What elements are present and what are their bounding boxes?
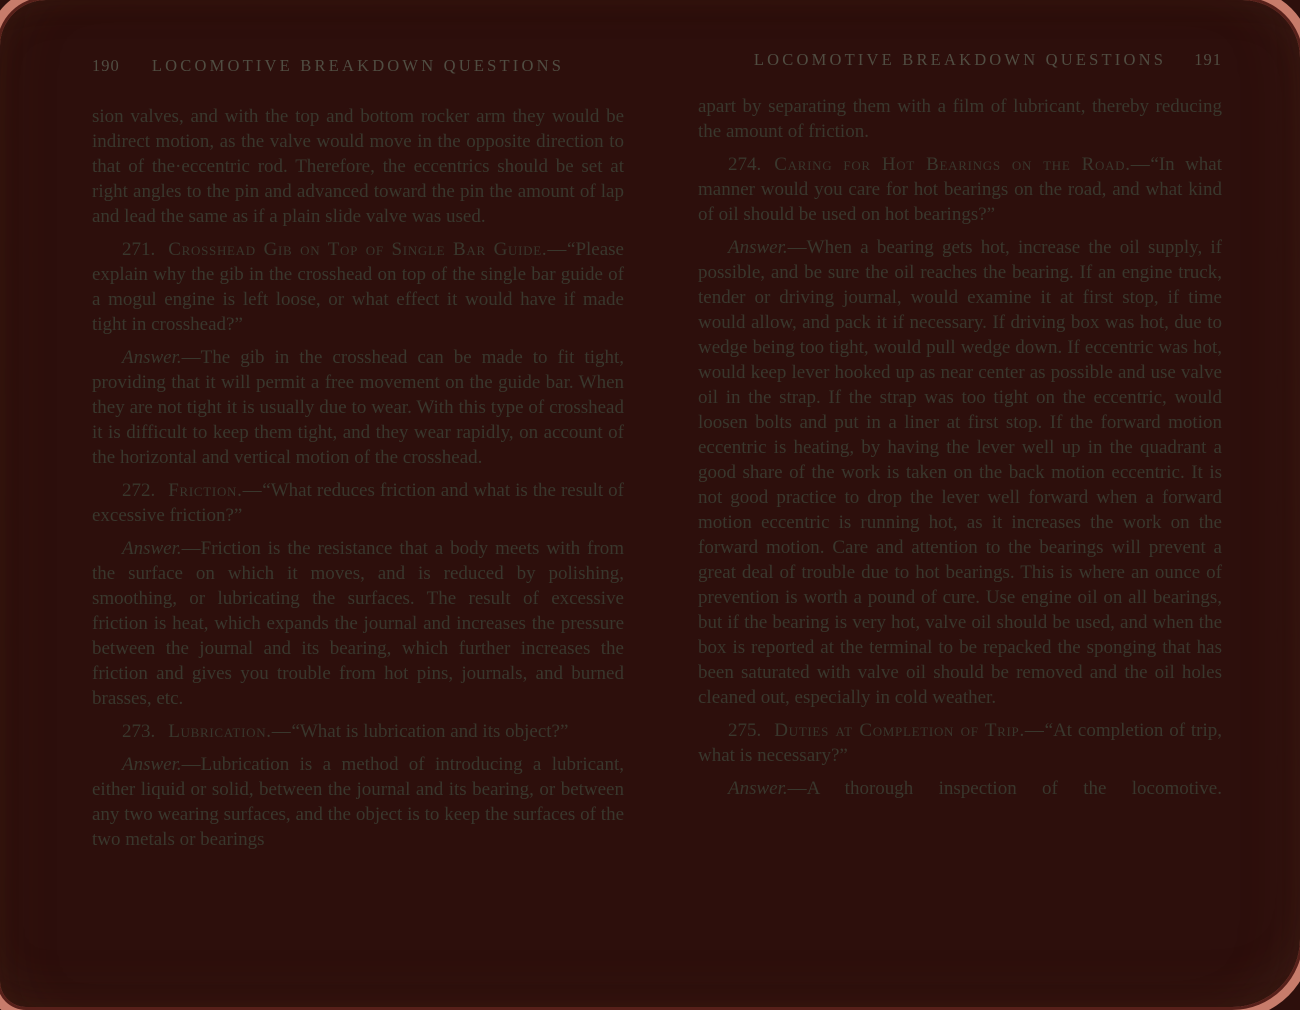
answer-275-text: —A thorough inspection of the locomotive… [788, 778, 1222, 799]
answer-273-label: Answer. [122, 754, 182, 775]
question-272-title: Friction.— [168, 480, 262, 501]
answer-272-label: Answer. [122, 538, 182, 559]
right-continuation-paragraph: apart by separating them with a film of … [698, 94, 1222, 144]
question-274-number: 274. [728, 154, 761, 175]
question-275-title: Duties at Completion of Trip.— [774, 720, 1044, 741]
left-running-title: LOCOMOTIVE BREAKDOWN QUESTIONS [92, 56, 624, 76]
right-page-number: 191 [1194, 50, 1222, 70]
answer-273: Answer.—Lubrication is a method of intro… [92, 752, 624, 852]
question-272: 272.Friction.—“What reduces friction and… [92, 478, 624, 528]
answer-275: Answer.—A thorough inspection of the loc… [698, 776, 1222, 801]
left-continuation-paragraph: sion valves, and with the top and bottom… [92, 104, 624, 229]
question-272-number: 272. [122, 480, 155, 501]
question-271-number: 271. [122, 239, 155, 260]
question-273-number: 273. [122, 721, 155, 742]
answer-272: Answer.—Friction is the resistance that … [92, 536, 624, 711]
question-273-title: Lubrication.— [168, 721, 291, 742]
answer-271: Answer.—The gib in the crosshead can be … [92, 345, 624, 470]
answer-272-text: —Friction is the resistance that a body … [92, 538, 624, 709]
question-273-text: “What is lubrication and its object?” [291, 721, 568, 742]
answer-274-text: —When a bearing gets hot, increase the o… [698, 237, 1222, 708]
question-275: 275.Duties at Completion of Trip.—“At co… [698, 718, 1222, 768]
question-274: 274.Caring for Hot Bearings on the Road.… [698, 152, 1222, 227]
question-275-number: 275. [728, 720, 761, 741]
right-page-header: LOCOMOTIVE BREAKDOWN QUESTIONS 191 [698, 50, 1222, 74]
page-left-190: 190 LOCOMOTIVE BREAKDOWN QUESTIONS sion … [0, 0, 650, 1007]
page-right-191: LOCOMOTIVE BREAKDOWN QUESTIONS 191 apart… [650, 0, 1300, 1007]
open-book-spread: 190 LOCOMOTIVE BREAKDOWN QUESTIONS sion … [0, 0, 1300, 1007]
answer-274-label: Answer. [728, 237, 788, 258]
right-running-title: LOCOMOTIVE BREAKDOWN QUESTIONS [698, 50, 1222, 70]
answer-275-label: Answer. [728, 778, 788, 799]
question-273: 273.Lubrication.—“What is lubrication an… [92, 719, 624, 744]
answer-271-label: Answer. [122, 347, 182, 368]
left-page-header: 190 LOCOMOTIVE BREAKDOWN QUESTIONS [92, 56, 624, 80]
answer-274: Answer.—When a bearing gets hot, increas… [698, 235, 1222, 710]
question-271-title: Crosshead Gib on Top of Single Bar Guide… [168, 239, 567, 260]
question-274-title: Caring for Hot Bearings on the Road.— [774, 154, 1150, 175]
question-271: 271.Crosshead Gib on Top of Single Bar G… [92, 237, 624, 337]
